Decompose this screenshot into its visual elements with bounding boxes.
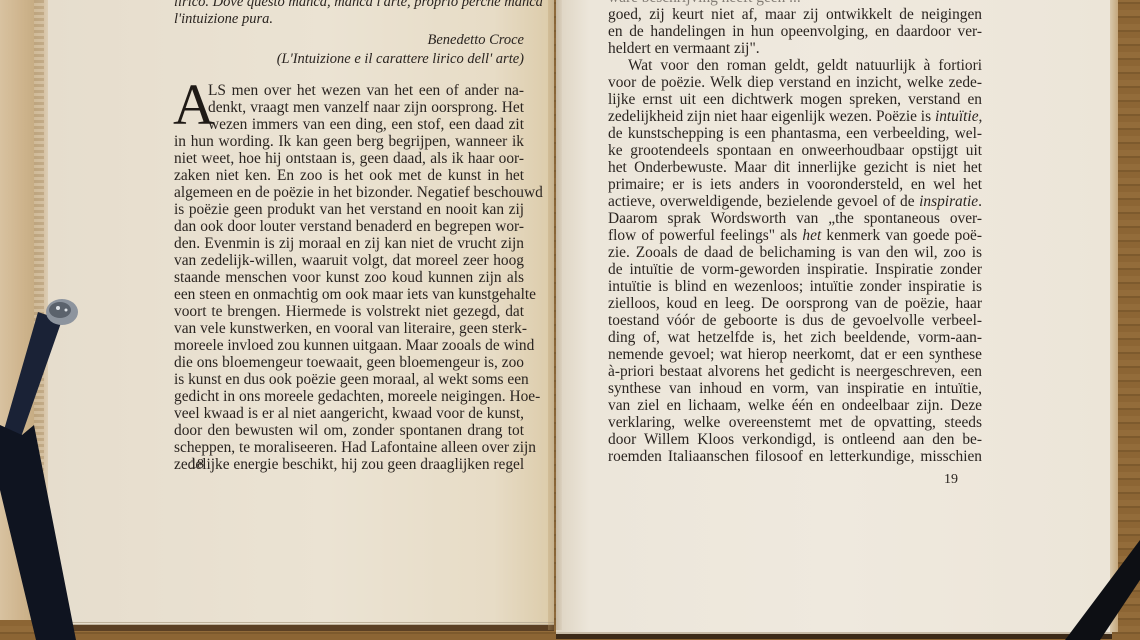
text-line: staande menschen voor kunst zoo koud kun… bbox=[174, 269, 524, 286]
text-line: voort te brengen. Hiermede is volstrekt … bbox=[174, 303, 524, 320]
text-line: en de handelingen in hun opeenvolging, e… bbox=[608, 23, 982, 40]
text-line: is kunst en dus ook poëzie geen moraal, … bbox=[174, 371, 524, 388]
text-line: zie. Zooals de daad de belichaming is va… bbox=[608, 244, 982, 261]
book-gutter bbox=[548, 0, 562, 630]
text-line: verklaring, welke overeenstemt met de op… bbox=[608, 414, 982, 431]
text-line: de intuïtie de vorm-geworden inspiratie.… bbox=[608, 261, 982, 278]
text-line: LS men over het wezen van het een of and… bbox=[174, 82, 524, 99]
text-line: ding of, wat hetzelfde is, het zich beel… bbox=[608, 329, 982, 346]
text-line: actieve, overweldigende, bezielende gevo… bbox=[608, 193, 982, 210]
text-line: roemden Italiaanschen filosoof en letter… bbox=[608, 448, 982, 465]
text-line: lijke ernst uit een dichtwerk mogen spre… bbox=[608, 91, 982, 108]
text-line: primaire; er is iets anders in vooronder… bbox=[608, 176, 982, 193]
text-line: voor de poëzie. Welk diep verstand en in… bbox=[608, 74, 982, 91]
page-number-right: 19 bbox=[944, 472, 958, 488]
text-line: zedelijke energie beschikt, hij zou geen… bbox=[174, 456, 524, 473]
text-line: van zedelijk-willen, waaruit volgt, dat … bbox=[174, 252, 524, 269]
text-line: zielloos, koud en leeg. De oorsprong van… bbox=[608, 295, 982, 312]
text-line: een steen en onmachtig om ook maar iets … bbox=[174, 286, 524, 303]
text-line: in hun wording. Ik kan geen berg begrijp… bbox=[174, 133, 524, 150]
text-line: goed, zij keurt niet af, maar zij ontwik… bbox=[608, 6, 982, 23]
right-page-text: ware beschrijving heeft geen ... goed, z… bbox=[608, 0, 982, 465]
text-line: dan ook door louter verstand benaderd en… bbox=[174, 218, 524, 235]
text-line: gedicht in ons moreele gedachten, moreel… bbox=[174, 388, 524, 405]
italic-emphasis: intuïtie bbox=[935, 108, 979, 125]
text-line: wezen immers van een ding, een stof, een… bbox=[174, 116, 524, 133]
epigraph-source: (L'Intuizione e il carattere lirico dell… bbox=[174, 51, 524, 68]
text-line: zaken niet ken. En zoo is het ook met de… bbox=[174, 167, 524, 184]
book-strap-icon bbox=[1050, 520, 1140, 640]
epigraph-line: lirico. Dove questo manca, manca l'arte,… bbox=[174, 0, 524, 11]
text-line: nemende gevoel; wat hierop neerkomt, dat… bbox=[608, 346, 982, 363]
text-line: algemeen en de poëzie in het bizonder. N… bbox=[174, 184, 524, 201]
text-line: Daarom sprak Wordsworth van „the spontan… bbox=[608, 210, 982, 227]
text-line: à-priori bestaat alvorens het gedicht is… bbox=[608, 363, 982, 380]
text-line: die ons bloemengeur toewaait, geen bloem… bbox=[174, 354, 524, 371]
text-line: scheppen, te moraliseeren. Had Lafontain… bbox=[174, 439, 524, 456]
text-line: door den bewusten wil om, zonder spontan… bbox=[174, 422, 524, 439]
text-line: veel kwaad is er al niet aangericht, kwa… bbox=[174, 405, 524, 422]
text-line: door Willem Kloos verkondigd, is ontleen… bbox=[608, 431, 982, 448]
italic-emphasis: het bbox=[802, 227, 821, 244]
text-line: toestand vóór de geboorte is dus de gevo… bbox=[608, 312, 982, 329]
text-line: den. Evenmin is zij moraal en zij kan ni… bbox=[174, 235, 524, 252]
epigraph-line: l'intuizione pura. bbox=[174, 11, 524, 28]
text-line: heldert en vermaant zij". bbox=[608, 40, 982, 57]
text-line-cut: ware beschrijving heeft geen ... bbox=[608, 0, 982, 6]
left-page-text: lirico. Dove questo manca, manca l'arte,… bbox=[174, 0, 524, 473]
text-line: zedelijkheid zijn niet haar eigenlijk we… bbox=[608, 108, 982, 125]
text-line: niet weet, hoe hij ontstaan is, geen daa… bbox=[174, 150, 524, 167]
epigraph-author: Benedetto Croce bbox=[174, 32, 524, 49]
text-line: van vele kunstwerken, en vooral van lite… bbox=[174, 320, 524, 337]
text-line: het Onderbewuste. Maar dit innerlijke ge… bbox=[608, 159, 982, 176]
text-line: van ziel en lichaam, welke één en ondeel… bbox=[608, 397, 982, 414]
text-line: flow of powerful feelings" als het kenme… bbox=[608, 227, 982, 244]
text-line: moreele invloed zou kunnen uitgaan. Maar… bbox=[174, 337, 524, 354]
text-line: synthese van inhoud en vorm, van inspira… bbox=[608, 380, 982, 397]
text-line: ke grootendeels spontaan en onweerhoudba… bbox=[608, 142, 982, 159]
text-line: is poëzie geen produkt van het verstand … bbox=[174, 201, 524, 218]
book-stand-arm-icon bbox=[0, 290, 90, 640]
text-line: denkt, vraagt men vanzelf naar zijn oors… bbox=[174, 99, 524, 116]
text-line: Wat voor den roman geldt, geldt natuurli… bbox=[608, 57, 982, 74]
text-line: intuïtie is blind en wezenloos; intuïtie… bbox=[608, 278, 982, 295]
italic-emphasis: inspiratie bbox=[919, 193, 978, 210]
drop-cap: A bbox=[173, 76, 215, 134]
text-line: de kunstschepping is een phantasma, een … bbox=[608, 125, 982, 142]
page-number-left: 18 bbox=[190, 457, 204, 473]
